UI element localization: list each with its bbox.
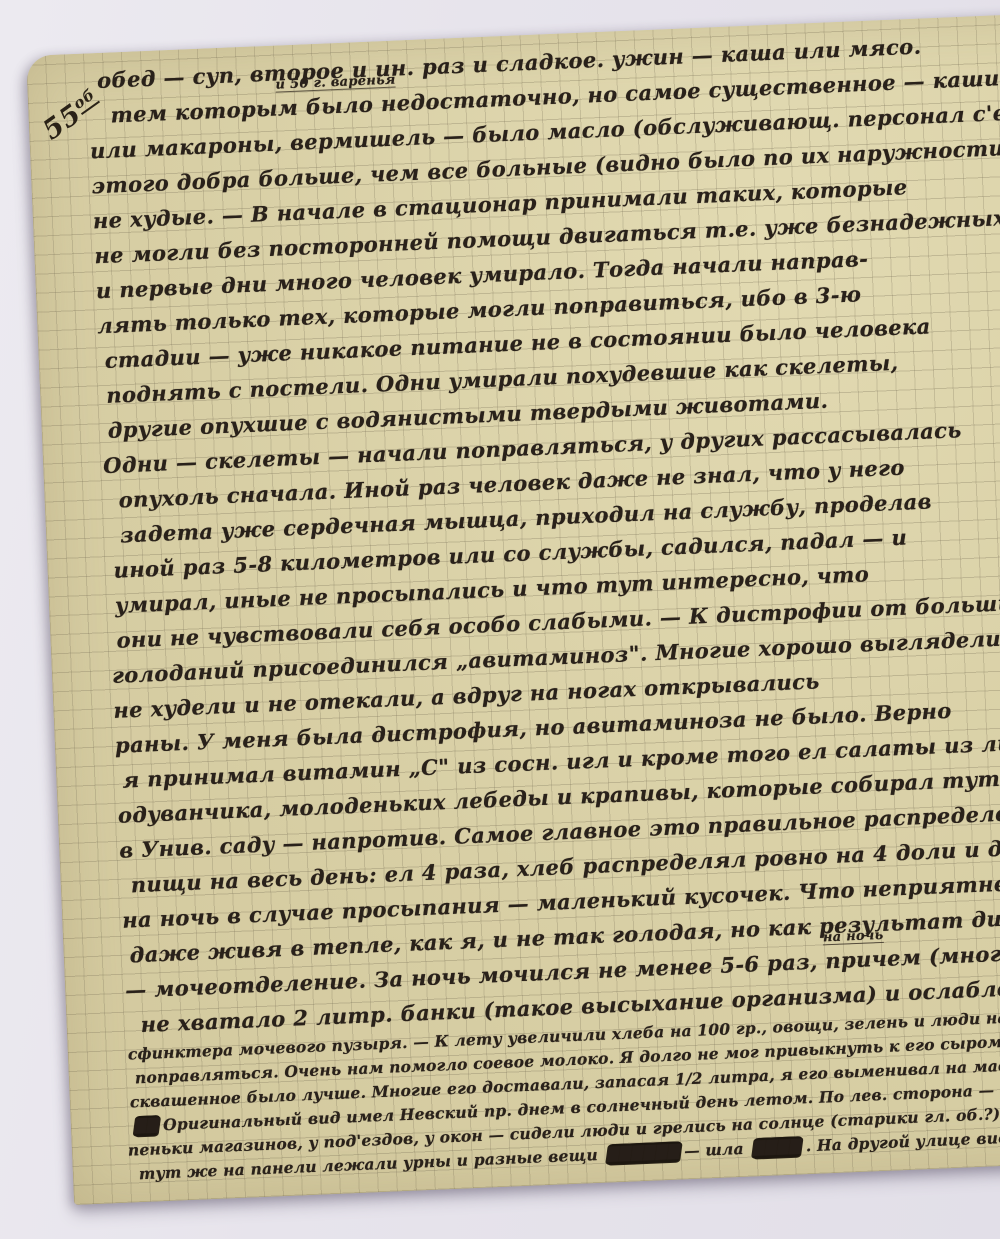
interlinear-insertion: и 50 г. варенья — [275, 74, 396, 93]
manuscript-page: 55об обед — суп, второе и ин. раз и слад… — [26, 11, 1000, 1205]
handwriting-block: обед — суп, второе и ин. раз и сладкое. … — [78, 22, 1000, 1187]
crossed-out-word: ████ — [752, 1136, 803, 1159]
crossed-out-word: ██ — [134, 1115, 161, 1137]
handwritten-text: — шла — [684, 1139, 750, 1161]
interlinear-insertion: на ночь — [823, 929, 884, 946]
crossed-out-word: ██████ — [606, 1141, 681, 1165]
